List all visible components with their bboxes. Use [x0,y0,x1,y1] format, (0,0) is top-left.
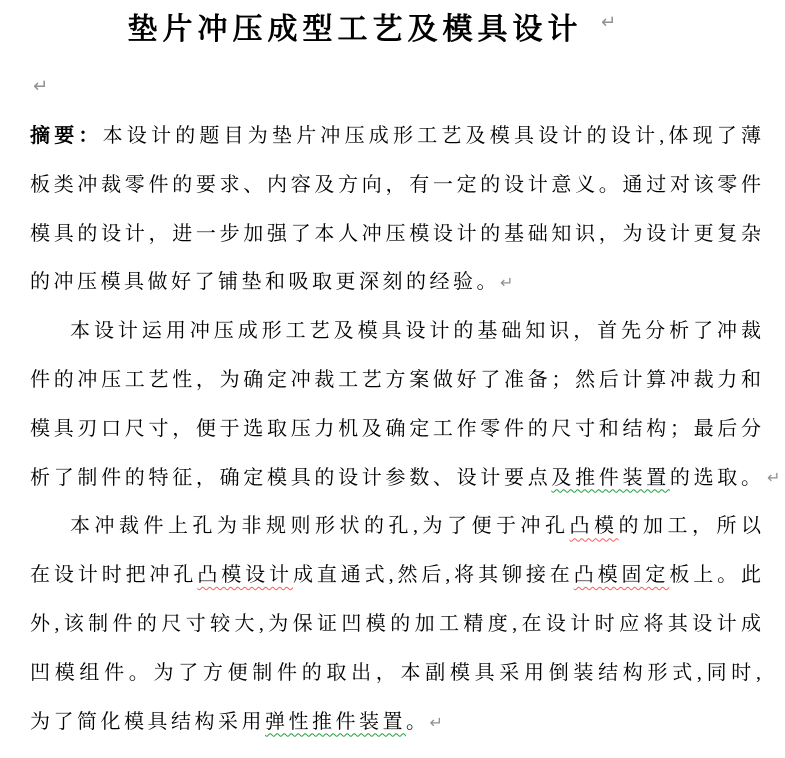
text-segment: 本设计的题目为垫片冲压成形工艺及模具设计的设计,体现了薄 [103,125,763,147]
body-line: 板类冲裁零件的要求、内容及方向，有一定的设计意义。通过对该零件 [30,161,763,210]
text-segment: 板类冲裁零件的要求、内容及方向，有一定的设计意义。通过对该零件 [30,174,763,196]
body-line: 为了简化模具结构采用弹性推件装置。↵ [30,698,763,747]
body-line: 本冲裁件上孔为非规则形状的孔,为了便于冲孔凸模的加工，所以 [30,502,763,551]
document-page: 垫片冲压成型工艺及模具设计 ↵ ↵ 摘要：本设计的题目为垫片冲压成形工艺及模具设… [0,0,785,758]
text-segment: 。 [406,711,430,733]
abstract-body: 摘要：本设计的题目为垫片冲压成形工艺及模具设计的设计,体现了薄 板类冲裁零件的要… [30,112,763,746]
text-segment: 模具刃口尺寸，便于选取压力机及确定工作零件的尺寸和结构；最后分 [30,418,763,440]
paragraph-mark-icon: ↵ [33,76,48,97]
text-segment: 为了简化模具结构采用 [30,711,265,733]
body-line: 在设计时把冲孔凸模设计成直通式,然后,将其铆接在凸模固定板上。此 [30,551,763,600]
text-segment: 的加工，所以 [619,515,764,537]
body-line: 析了制件的特征，确定模具的设计参数、设计要点及推件装置的选取。↵ [30,454,763,503]
text-segment: 板上。此 [669,564,763,586]
text-segment: 件的冲压工艺性，为确定冲裁工艺方案做好了准备；然后计算冲裁力和 [30,369,763,391]
misspelled-text: 凸模 [570,515,619,537]
text-segment: 在设计时把冲孔 [30,564,197,586]
text-segment: 外,该制件的尺寸较大,为保证凹模的加工精度,在设计时应将其设计成 [30,613,763,635]
body-line: 凹模组件。为了方便制件的取出，本副模具采用倒装结构形式,同时, [30,649,763,698]
text-segment: 本冲裁件上孔为非规则形状的孔,为了便于冲孔 [70,515,570,537]
body-line: 摘要：本设计的题目为垫片冲压成形工艺及模具设计的设计,体现了薄 [30,112,763,161]
body-line: 外,该制件的尺寸较大,为保证凹模的加工精度,在设计时应将其设计成 [30,600,763,649]
body-line: 件的冲压工艺性，为确定冲裁工艺方案做好了准备；然后计算冲裁力和 [30,356,763,405]
text-segment: 本设计运用冲压成形工艺及模具设计的基础知识，首先分析了冲裁 [70,320,763,342]
document-title: 垫片冲压成型工艺及模具设计 [30,10,680,50]
paragraph-mark-icon: ↵ [601,14,616,32]
paragraph-mark-icon: ↵ [767,454,780,503]
body-line: 模具刃口尺寸，便于选取压力机及确定工作零件的尺寸和结构；最后分 [30,405,763,454]
text-segment: 成直通式,然后,将其铆接在 [293,564,574,586]
abstract-label: 摘要： [30,125,103,147]
paragraph-mark-icon: ↵ [430,713,443,732]
paragraph-mark-icon: ↵ [500,273,513,292]
text-segment: 凹模组件。为了方便制件的取出，本副模具采用倒装结构形式,同时, [30,662,763,684]
body-line: 的冲压模具做好了铺垫和吸取更深刻的经验。↵ [30,258,763,307]
misspelled-text: 凸模固定 [574,564,670,586]
misspelled-text: 凸模设计 [197,564,293,586]
text-segment: 析了制件的特征，确定模具的设计参数、设计要点 [30,467,551,489]
title-text: 垫片冲压成型工艺及模具设计 [128,12,583,47]
body-line: 本设计运用冲压成形工艺及模具设计的基础知识，首先分析了冲裁 [30,307,763,356]
body-line: 模具的设计，进一步加强了本人冲压模设计的基础知识，为设计更复杂 [30,210,763,259]
text-segment: 模具的设计，进一步加强了本人冲压模设计的基础知识，为设计更复杂 [30,223,763,245]
grammar-flagged-text: 及推件装置 [551,467,670,489]
text-segment: 的选取。 [670,467,763,489]
text-segment: 的冲压模具做好了铺垫和吸取更深刻的经验。 [30,271,500,293]
grammar-flagged-text: 弹性推件装置 [265,711,406,733]
